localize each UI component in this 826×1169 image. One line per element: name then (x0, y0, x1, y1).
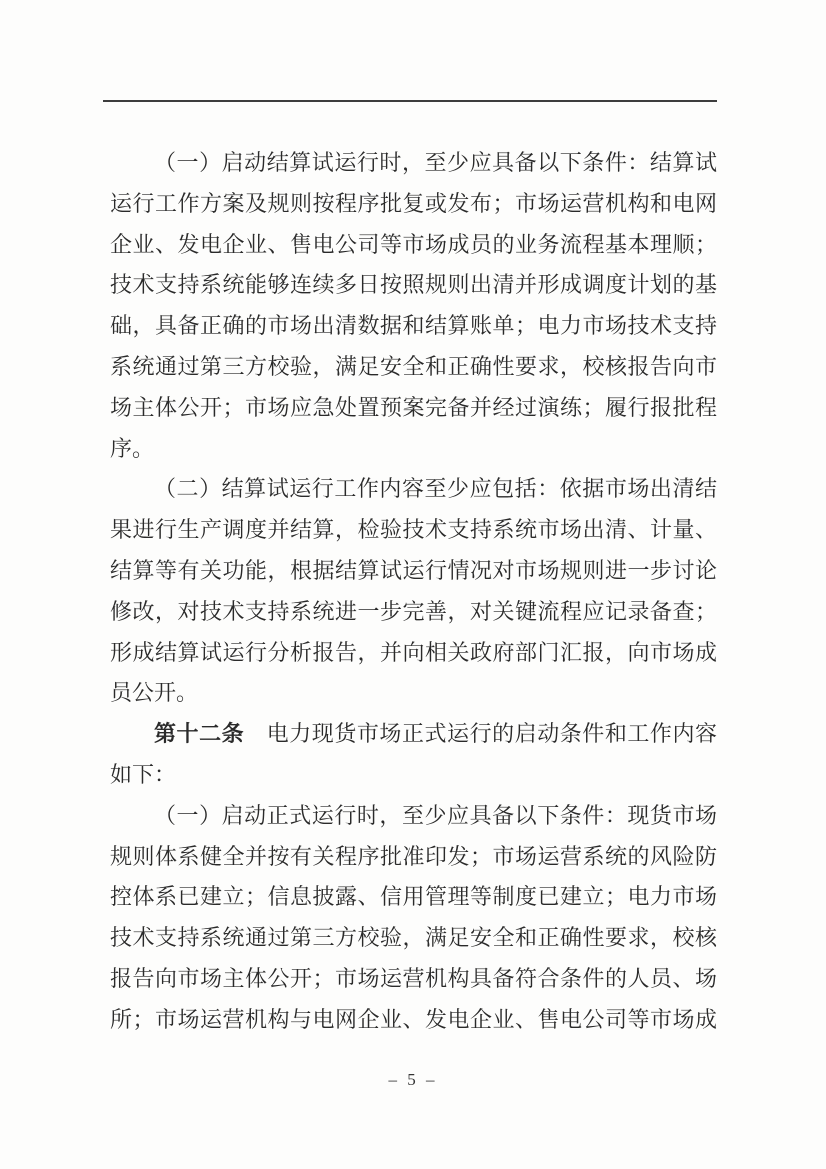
paragraph-item-1-formal-operation: （一）启动正式运行时，至少应具备以下条件：现货市场 规则体系健全并按有关程序批准… (110, 796, 717, 1041)
paragraph-line: 报告向市场主体公开；市场运营机构具备符合条件的人员、场 (110, 959, 717, 1000)
paragraph-line: 控体系已建立；信息披露、信用管理等制度已建立；电力市场 (110, 877, 717, 918)
paragraph-line: 修改，对技术支持系统进一步完善，对关键流程应记录备查； (110, 592, 717, 633)
paragraph-item-1-settlement-trial: （一）启动结算试运行时，至少应具备以下条件：结算试 运行工作方案及规则按程序批复… (110, 143, 717, 469)
paragraph-line: 形成结算试运行分析报告，并向相关政府部门汇报，向市场成 (110, 633, 717, 674)
article-heading-text: 电力现货市场正式运行的启动条件和工作内容 (244, 721, 717, 746)
paragraph-line: 础，具备正确的市场出清数据和结算账单；电力市场技术支持 (110, 306, 717, 347)
paragraph-line: 规则体系健全并按有关程序批准印发；市场运营系统的风险防 (110, 837, 717, 878)
paragraph-item-2-settlement-trial-content: （二）结算试运行工作内容至少应包括：依据市场出清结 果进行生产调度并结算，检验技… (110, 469, 717, 714)
paragraph-line: 场主体公开；市场应急处置预案完备并经过演练；履行报批程 (110, 388, 717, 429)
document-body: （一）启动结算试运行时，至少应具备以下条件：结算试 运行工作方案及规则按程序批复… (110, 143, 717, 1041)
paragraph-line: 系统通过第三方校验，满足安全和正确性要求，校核报告向市 (110, 347, 717, 388)
paragraph-line: 技术支持系统通过第三方校验，满足安全和正确性要求，校核 (110, 918, 717, 959)
paragraph-line: 员公开。 (110, 673, 717, 714)
paragraph-line: 第十二条 电力现货市场正式运行的启动条件和工作内容 (110, 714, 717, 755)
paragraph-line: （一）启动结算试运行时，至少应具备以下条件：结算试 (110, 143, 717, 184)
article-number-label: 第十二条 (154, 721, 244, 746)
paragraph-line: （二）结算试运行工作内容至少应包括：依据市场出清结 (110, 469, 717, 510)
paragraph-line: 果进行生产调度并结算，检验技术支持系统市场出清、计量、 (110, 510, 717, 551)
page-number: – 5 – (0, 1066, 826, 1094)
document-page: （一）启动结算试运行时，至少应具备以下条件：结算试 运行工作方案及规则按程序批复… (0, 0, 826, 1169)
paragraph-line: 序。 (110, 429, 717, 470)
paragraph-line: 如下： (110, 755, 717, 796)
paragraph-line: 所；市场运营机构与电网企业、发电企业、售电公司等市场成 (110, 1000, 717, 1041)
paragraph-line: 结算等有关功能，根据结算试运行情况对市场规则进一步讨论 (110, 551, 717, 592)
header-rule (103, 100, 717, 102)
paragraph-line: 技术支持系统能够连续多日按照规则出清并形成调度计划的基 (110, 265, 717, 306)
paragraph-line: 企业、发电企业、售电公司等市场成员的业务流程基本理顺； (110, 225, 717, 266)
paragraph-line: 运行工作方案及规则按程序批复或发布；市场运营机构和电网 (110, 184, 717, 225)
paragraph-line: （一）启动正式运行时，至少应具备以下条件：现货市场 (110, 796, 717, 837)
paragraph-article-12: 第十二条 电力现货市场正式运行的启动条件和工作内容 如下： (110, 714, 717, 796)
